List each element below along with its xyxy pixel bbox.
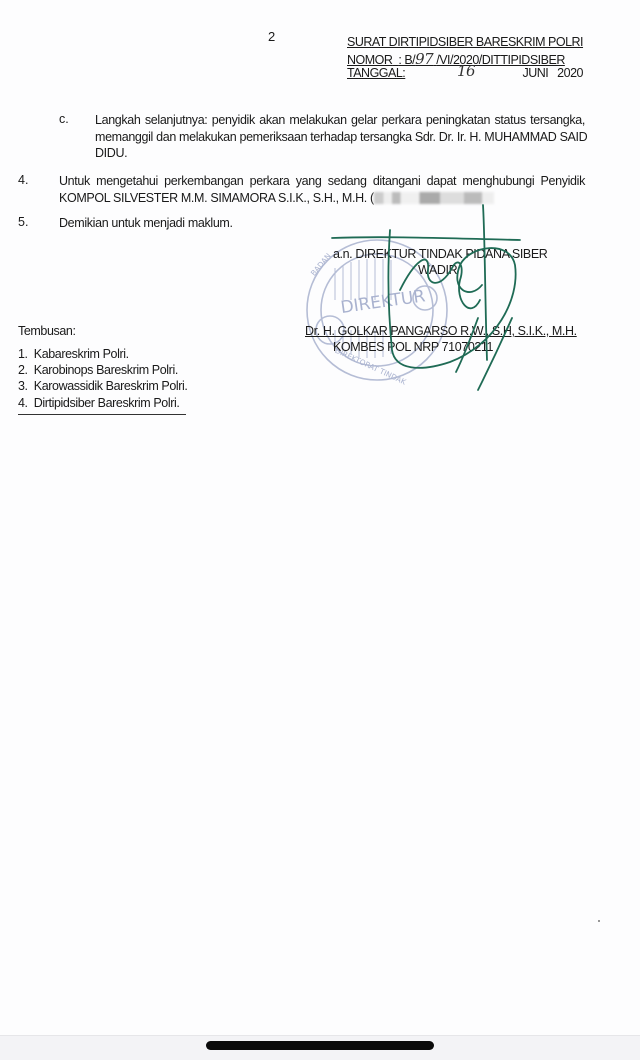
tembusan-title: Tembusan: [18,324,76,338]
signatory-rank: KOMBES POL NRP 71070211 [333,340,493,354]
item-marker: 5. [18,215,28,229]
item-c-text: Langkah selanjutnya: penyidik akan melak… [95,112,585,162]
item-marker: 4. [18,173,28,187]
nomor-suffix: /VI/2020/DITTIPIDSIBER [436,53,565,67]
item-marker: c. [59,112,69,126]
tanggal-label: TANGGAL: [347,66,405,80]
tembusan-item: 3. Karowassidik Bareskrim Polri. [18,379,188,393]
signatory-name: Dr. H. GOLKAR PANGARSO R.W., S.H, S.I.K.… [305,324,577,338]
signature-role: WADIR [418,263,457,277]
tembusan-item: 4. Dirtipidsiber Bareskrim Polri. [18,396,179,410]
item-5-text: Demikian untuk menjadi maklum. [59,215,233,232]
tembusan-item: 2. Karobinops Bareskrim Polri. [18,363,178,377]
tanggal-month-year: JUNI 2020 [522,66,583,80]
scan-speck [598,920,600,922]
svg-text:BADAN: BADAN [309,251,333,277]
tembusan-item: 1. Kabareskrim Polri. [18,347,129,361]
home-indicator[interactable] [206,1041,434,1050]
item-4-text: Untuk mengetahui perkembangan perkara ya… [59,173,585,206]
signature-on-behalf: a.n. DIREKTUR TINDAK PIDANA SIBER [333,247,547,261]
redacted-phone [374,192,494,204]
nomor-label: NOMOR [347,53,392,67]
document-page: 2 SURAT DIRTIPIDSIBER BARESKRIM POLRI NO… [0,0,640,1035]
nomor-prefix: : B/ [398,53,415,67]
header-line-surat: SURAT DIRTIPIDSIBER BARESKRIM POLRI [347,35,583,49]
header-tanggal: TANGGAL: 16 JUNI 2020 [347,66,583,80]
tanggal-day-handwritten: 16 [457,62,475,80]
tembusan-underline [18,414,186,415]
stamp-text-direktur: DIREKTUR [339,286,426,318]
page-number: 2 [268,29,275,44]
